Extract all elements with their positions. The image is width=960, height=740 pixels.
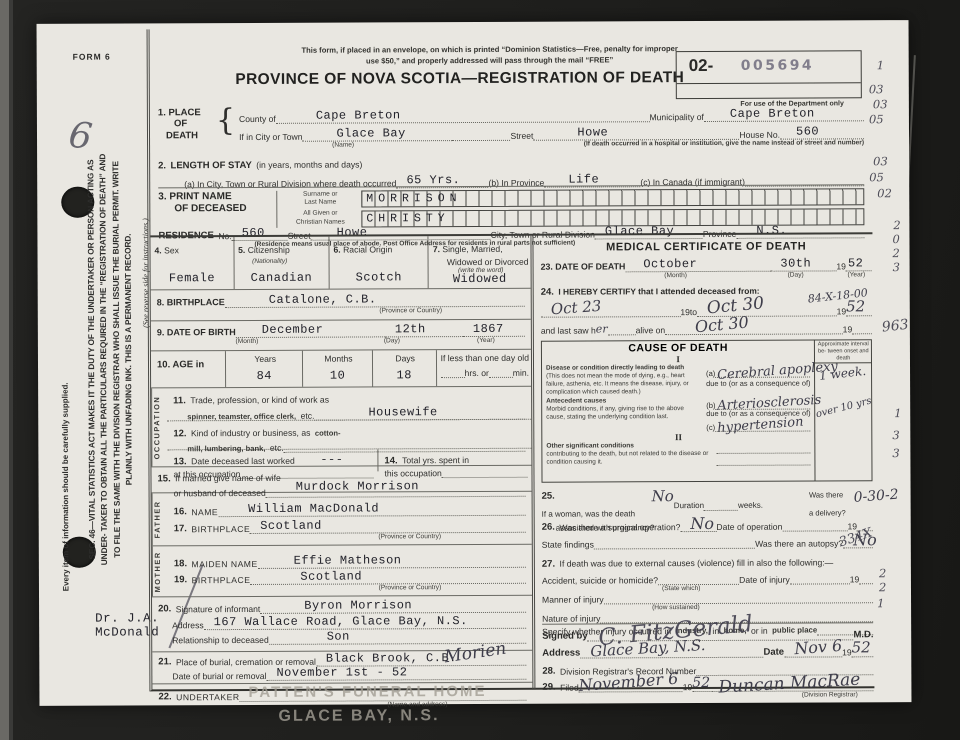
- industry-row: 12. Kind of industry or business, as cot…: [167, 420, 531, 451]
- occupation-group: OCCUPATION 11. Trade, profession, or kin…: [151, 387, 531, 468]
- attended-block: 24. I HEREBY CERTIFY that I attended dec…: [541, 280, 873, 337]
- margin-mark: 3: [892, 428, 899, 442]
- margin-mark: 0: [892, 232, 899, 246]
- margin-mark: 05: [869, 112, 884, 126]
- cause-of-death-box: CAUSE OF DEATH I Disease or condition di…: [541, 339, 873, 482]
- date-of-birth-row: 9. DATE OF BIRTH December 12th 1867 (Mon…: [151, 320, 531, 352]
- serial-box-divider: [677, 82, 861, 84]
- other-conditions-field-1: [716, 442, 810, 454]
- age-hours-cell: If less than one day old hrs. or min.: [437, 350, 532, 386]
- margin-mark: 3: [892, 446, 899, 460]
- undertaker-stamp-name: PATTEN'S FUNERAL HOME: [248, 683, 486, 701]
- informant-address-field: 167 Wallace Road, Glace Bay, N.S.: [204, 615, 527, 630]
- burial-date-field: November 1st - 52: [266, 666, 526, 681]
- death-day-field: 30th: [770, 257, 836, 271]
- date-of-death-row: 23. DATE OF DEATH October 30th 19 52: [541, 255, 872, 272]
- city-field: Glace Bay: [302, 127, 452, 142]
- margin-mark: 1: [894, 406, 901, 420]
- margin-mark: 2: [879, 580, 886, 594]
- interval-a: 1 week.: [819, 364, 867, 383]
- cause-a-field: Cerebral apoplexy: [715, 364, 810, 378]
- physician-address-field: Glace Bay, N.S.: [580, 644, 763, 659]
- margin-mark: 03: [873, 97, 888, 111]
- street-field: Howe: [533, 126, 739, 141]
- external-causes-block: 27. If death was due to external causes …: [542, 552, 874, 623]
- citizenship-cell: 5. Citizenship (Nationality) Canadian: [234, 237, 330, 289]
- attended-from-field: Oct 23: [541, 303, 681, 318]
- interval-b: over 10 yrs: [815, 396, 873, 421]
- father-birthplace-row: 17. BIRTHPLACE Scotland: [174, 516, 526, 535]
- undertaker-row: 22. UNDERTAKER (Name and address) PATTEN…: [152, 683, 532, 717]
- department-serial-box: 02- 005694: [676, 50, 862, 99]
- date-of-death-sublabels: (Month) (Day) (Year): [541, 271, 872, 279]
- mother-name-row: 18. MAIDEN NAME Effie Matheson: [174, 545, 526, 570]
- last-seen-field: Oct 30: [665, 320, 843, 335]
- margin-mark: 03: [869, 82, 884, 96]
- supply-sidenote: Every item of information should be care…: [60, 329, 70, 591]
- mother-birthplace-field: Scotland: [250, 570, 526, 585]
- death-certificate-page: FORM 6 6 SEC. 46—VITAL STATISTICS ACT MA…: [37, 20, 912, 706]
- delivery-annotation: 0-30-2: [853, 487, 899, 506]
- father-side-label: FATHER: [152, 493, 168, 545]
- margin-mark: 1: [877, 596, 884, 610]
- racial-origin-cell: 6. Racial Origin Scotch: [329, 236, 429, 288]
- trade-field: Housewife: [314, 406, 525, 421]
- age-years-cell: Years 84: [225, 351, 303, 387]
- registration-form: This form, if placed in an envelope, on …: [147, 26, 875, 691]
- father-name-field: William MacDonald: [218, 502, 526, 517]
- county-field: Cape Breton: [276, 108, 650, 124]
- sex-cell: 4. Sex Female: [150, 237, 234, 289]
- mother-name-field: Effie Matheson: [258, 554, 526, 569]
- statute-sidenote: SEC. 46—VITAL STATISTICS ACT MAKES IT TH…: [84, 147, 136, 571]
- physician-signature-block: C. FitzGerald Signed by M.D. Address Gla…: [542, 622, 874, 662]
- interval-column: Approximate interval be- tween onset and…: [814, 340, 872, 480]
- signed-date-field: Nov 6: [784, 643, 842, 657]
- margin-mark: 03: [873, 154, 888, 168]
- margin-mark: 2: [879, 566, 886, 580]
- margin-mark: 3: [893, 260, 900, 274]
- serial-prefix: 02-: [689, 56, 714, 76]
- city-sublabel: (Name): [239, 141, 447, 150]
- age-row: 10. AGE in Years 84 Months 10 Days 18 I: [151, 350, 531, 389]
- form-number: FORM 6: [73, 52, 111, 62]
- personal-column: 4. Sex Female 5. Citizenship (Nationalit…: [150, 236, 535, 692]
- margin-mark: 1: [877, 58, 884, 72]
- mother-birthplace-row: 19. BIRTHPLACE Scotland: [174, 568, 526, 586]
- occupation-side-label: OCCUPATION: [151, 388, 167, 466]
- section-1-place-of-death: 1. PLACE OF DEATH { County of Cape Breto…: [158, 104, 864, 150]
- spouse-row: 15. If married give name of wife or husb…: [151, 466, 531, 494]
- death-month-field: October: [625, 258, 770, 273]
- municipality-field: Cape Breton: [704, 107, 864, 122]
- margin-mark: 02: [877, 186, 892, 200]
- burial-group: 21. Place of burial, cremation or remova…: [152, 651, 532, 685]
- other-conditions-field-2: [716, 454, 810, 466]
- death-year-field: 52: [846, 257, 872, 271]
- operation-answer: No: [690, 514, 714, 533]
- age-days-cell: Days 18: [373, 350, 437, 386]
- section-3-print-name: 3. PRINT NAME OF DECEASED Surname orLast…: [158, 184, 864, 228]
- age-months-cell: Months 10: [303, 350, 373, 386]
- trade-row: 11. Trade, profession, or kind of work a…: [167, 387, 531, 422]
- undertaker-stamp-city: GLACE BAY, N.S.: [279, 707, 440, 726]
- registrar-signature-field: Duncan MacRae: [712, 677, 874, 692]
- operation-row: 26. Was there a surgical operation? No D…: [542, 514, 874, 553]
- cause-b-field: Arteriosclerosis: [715, 396, 810, 410]
- filed-date-field: November 6: [579, 678, 683, 692]
- brace: {: [216, 107, 235, 150]
- margin-mark: 2: [893, 218, 900, 232]
- father-group: FATHER 16. NAME William MacDonald 17. BI…: [152, 492, 532, 547]
- margin-mark: 05: [869, 170, 884, 184]
- row-sex-citizenship: 4. Sex Female 5. Citizenship (Nationalit…: [150, 236, 530, 291]
- serial-number: 005694: [741, 58, 815, 74]
- father-birthplace-field: Scotland: [250, 519, 526, 534]
- filed-row: 29. Filed November 6 19 52 Duncan MacRae…: [542, 675, 873, 700]
- margin-mark: 963: [881, 317, 909, 336]
- mother-group: MOTHER 18. MAIDEN NAME Effie Matheson 19…: [152, 545, 532, 598]
- book-edge-shadow: [9, 0, 13, 740]
- pregnancy-row: 25. If a woman, was the death associated…: [542, 484, 873, 515]
- marital-status-cell: 7. Single, Married, Widowed or Divorced …: [429, 236, 531, 288]
- medical-certificate-title: MEDICAL CERTIFICATE OF DEATH: [540, 240, 871, 253]
- surname-grid: MORRISON: [361, 188, 864, 207]
- book-edge-strip: [0, 0, 9, 740]
- birthplace-row: 8. BIRTHPLACE Catalone, C.B. (Province o…: [151, 289, 531, 322]
- mother-side-label: MOTHER: [152, 546, 168, 596]
- informant-signature-field: Byron Morrison: [260, 599, 526, 614]
- dob-day-field: 12th: [385, 323, 463, 337]
- father-name-row: 16. NAME William MacDonald: [174, 492, 526, 518]
- house-no-field: 560: [780, 125, 864, 139]
- margin-mark: 2: [892, 246, 899, 260]
- page-title: PROVINCE OF NOVA SCOTIA—REGISTRATION OF …: [180, 69, 740, 89]
- birthplace-field: Catalone, C.B.: [225, 293, 525, 308]
- dob-year-field: 1867: [463, 323, 525, 337]
- dob-month-field: December: [236, 323, 385, 338]
- cause-c-field: hypertension: [715, 418, 811, 432]
- medical-column: MEDICAL CERTIFICATE OF DEATH 23. DATE OF…: [533, 234, 877, 689]
